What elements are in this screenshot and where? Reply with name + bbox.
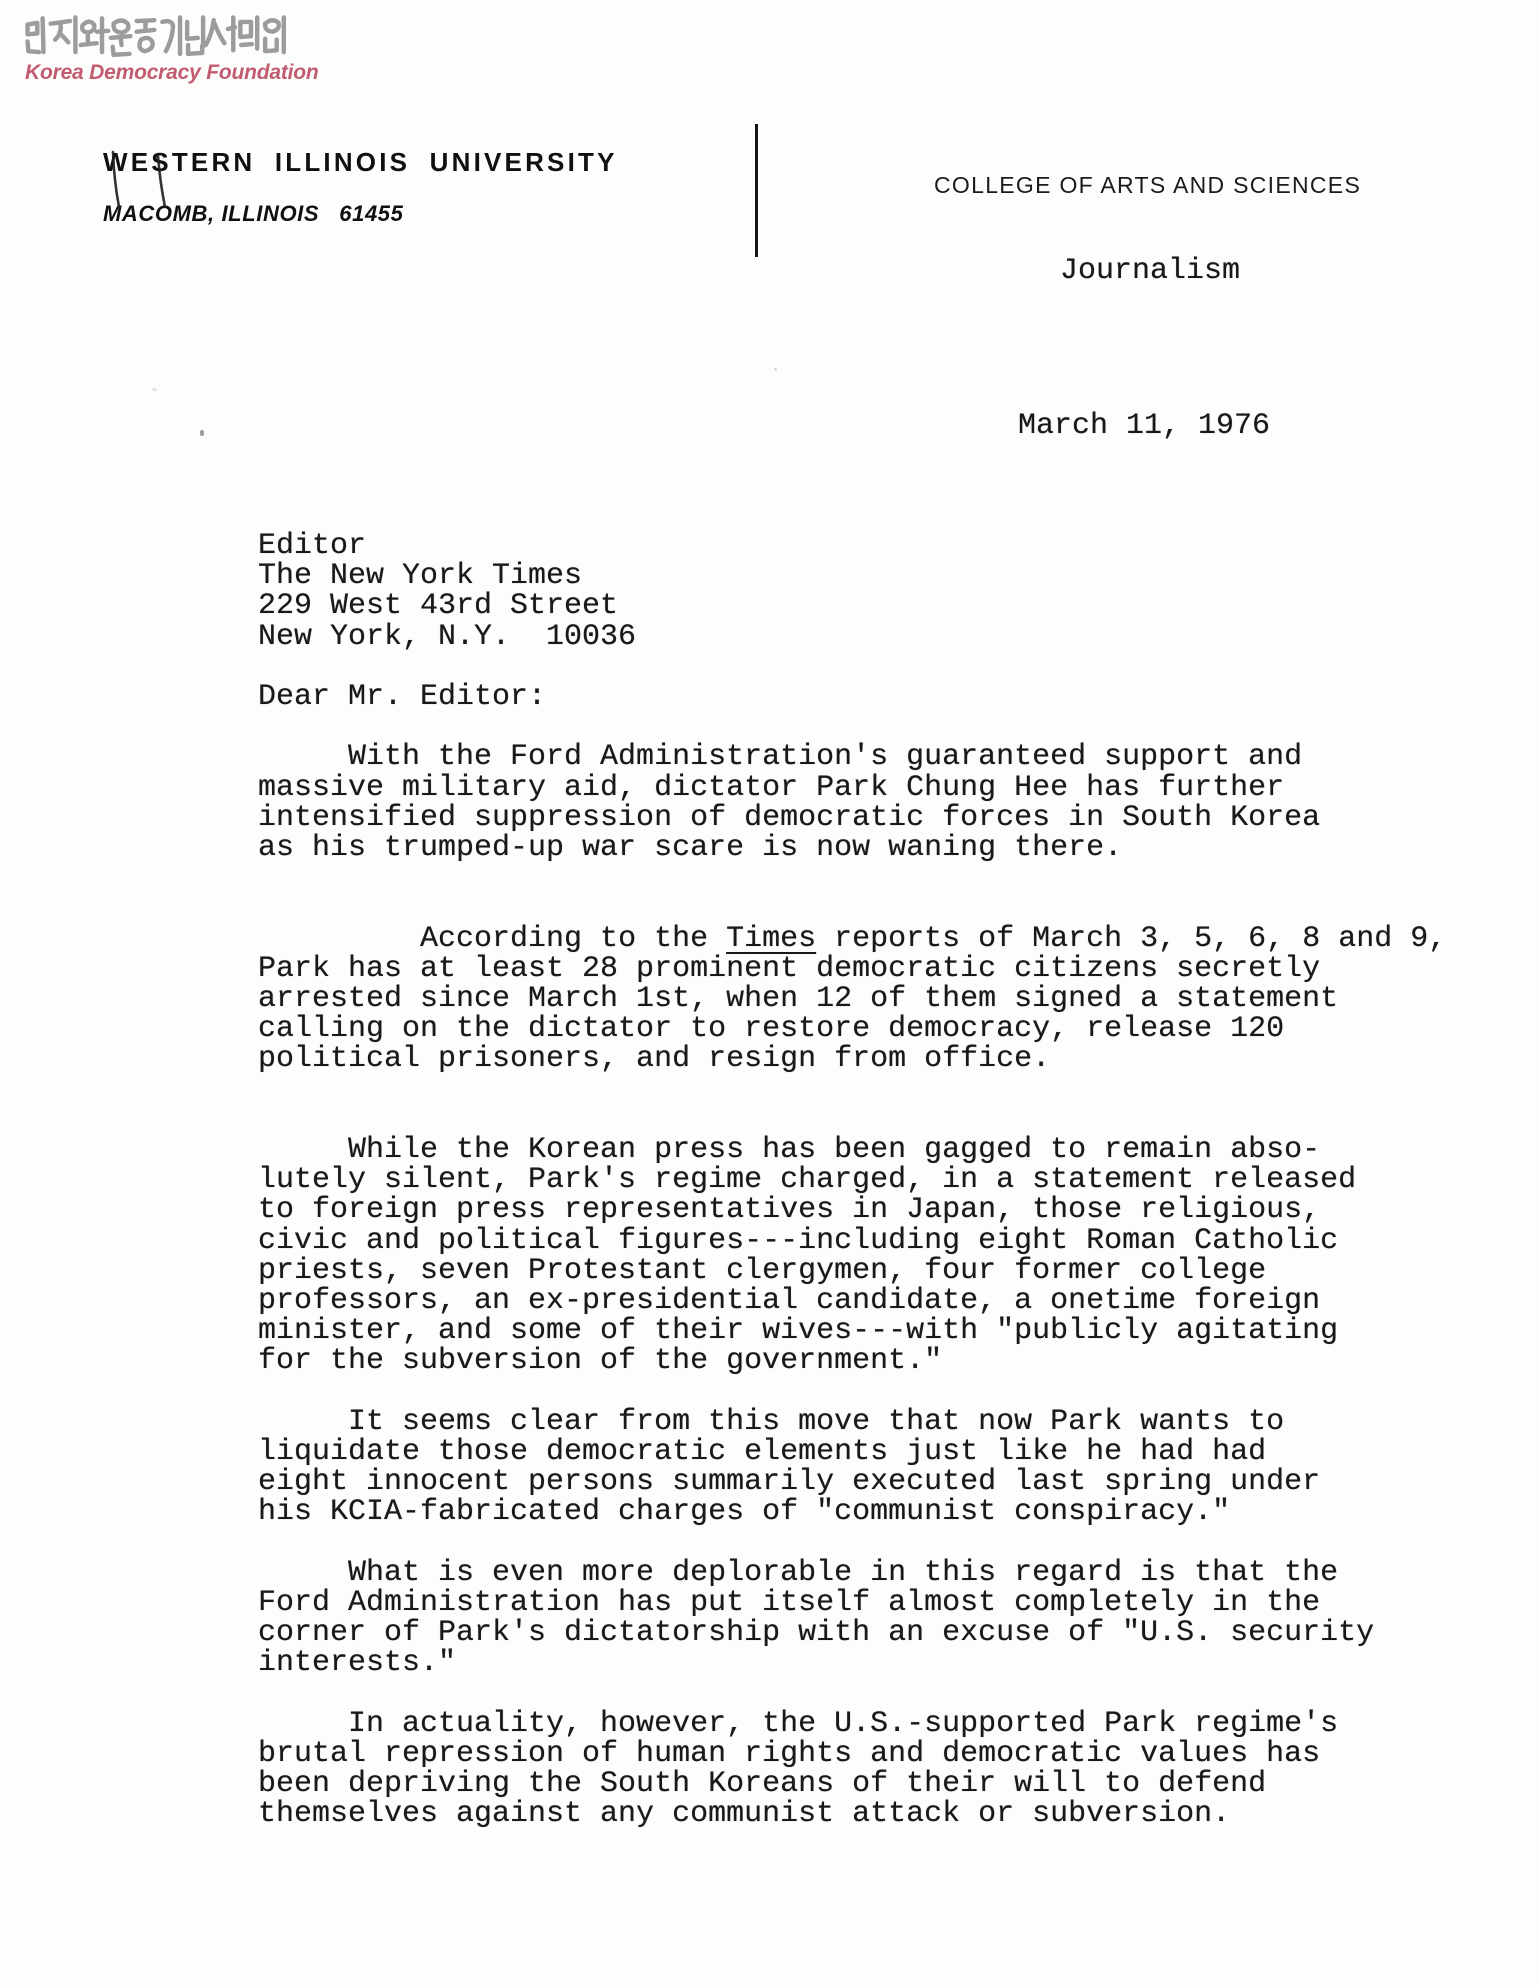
letterhead-college-name: COLLEGE OF ARTS AND SCIENCES — [934, 173, 1361, 198]
scan-speck — [200, 430, 204, 436]
letterhead-divider-line — [755, 124, 758, 257]
scan-speck — [152, 388, 157, 391]
letterhead-department: Journalism — [1060, 256, 1240, 286]
paragraph-2-before: According to the — [330, 922, 726, 956]
paragraph-6: In actuality, however, the U.S.-supporte… — [258, 1709, 1446, 1830]
paragraph-4: It seems clear from this move that now P… — [258, 1407, 1446, 1528]
scanned-letter-page: { "stamp": { "korean_name": "민주화운동기념사업회"… — [0, 0, 1539, 1985]
letter-date: March 11, 1976 — [1018, 411, 1270, 441]
salutation: Dear Mr. Editor: — [258, 682, 1446, 712]
recipient-address-block: Editor The New York Times 229 West 43rd … — [258, 531, 1446, 652]
letter-body: Editor The New York Times 229 West 43rd … — [258, 531, 1446, 1830]
paragraph-1: With the Ford Administration's guarantee… — [258, 742, 1446, 863]
paragraph-5: What is even more deplorable in this reg… — [258, 1558, 1446, 1679]
pen-marks — [0, 0, 300, 260]
paragraph-2-underlined-times: Times — [726, 922, 816, 956]
scan-speck — [774, 368, 777, 371]
paragraph-2: According to the Times reports of March … — [258, 893, 1446, 1104]
paragraph-3: While the Korean press has been gagged t… — [258, 1135, 1446, 1377]
